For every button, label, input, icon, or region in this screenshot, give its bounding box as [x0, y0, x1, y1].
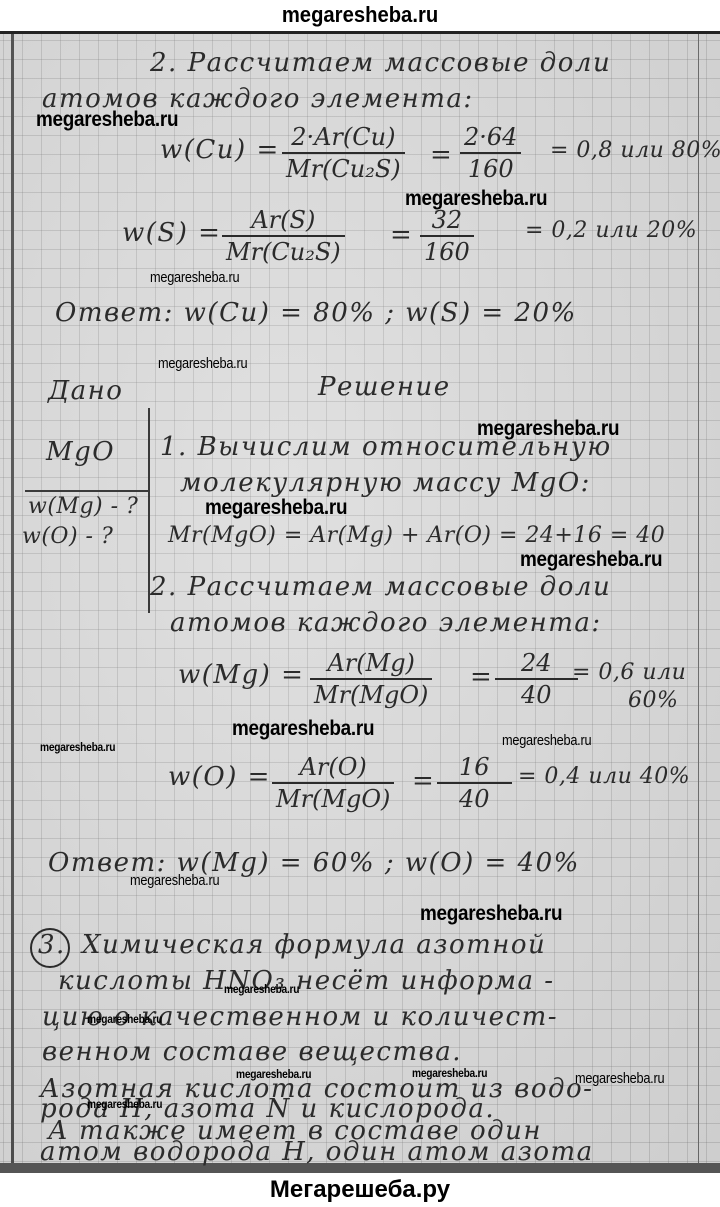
watermark: megaresheba.ru — [205, 496, 347, 520]
cu2s-answer: Ответ: w(Cu) = 80% ; w(S) = 20% — [55, 298, 577, 328]
w-s-result: = 0,2 или 20% — [525, 218, 697, 243]
watermark: megaresheba.ru — [40, 740, 115, 754]
watermark: megaresheba.ru — [575, 1070, 664, 1087]
w-s-lhs: w(S) = — [122, 218, 221, 248]
w-o-value-numerator: 16 — [437, 752, 512, 784]
w-cu-lhs: w(Cu) = — [160, 135, 280, 165]
equals-sign: = — [430, 140, 453, 170]
equals-sign: = — [390, 220, 413, 250]
w-o-value-fraction: 16 40 — [437, 752, 512, 814]
mgo-step2-line1: 2. Рассчитаем массовые доли — [150, 572, 611, 602]
given-horizontal-divider — [25, 490, 149, 492]
solution-header: Решение — [318, 372, 451, 402]
watermark: megaresheba.ru — [520, 548, 662, 572]
site-header-watermark: megaresheba.ru — [29, 0, 691, 31]
w-o-value-denominator: 40 — [437, 784, 512, 814]
w-cu-value-denominator: 160 — [460, 154, 521, 184]
watermark: megaresheba.ru — [158, 355, 247, 372]
right-margin-line — [698, 34, 699, 1163]
problem3-line: кислоты HNO₃ несёт информа - — [58, 966, 555, 996]
given-header: Дано — [48, 376, 123, 406]
w-cu-numerator: 2·Ar(Cu) — [282, 122, 405, 154]
watermark: megaresheba.ru — [36, 108, 178, 132]
w-mg-lhs: w(Mg) = — [178, 660, 304, 690]
mgo-step2-line2: атомов каждого элемента: — [170, 608, 602, 638]
w-mg-value-denominator: 40 — [495, 680, 578, 710]
w-o-numerator: Ar(O) — [272, 752, 394, 784]
mgo-answer: Ответ: w(Mg) = 60% ; w(O) = 40% — [48, 848, 580, 878]
w-s-numerator: Ar(S) — [222, 205, 345, 237]
watermark: megaresheba.ru — [87, 1097, 162, 1111]
w-mg-value-fraction: 24 40 — [495, 648, 578, 710]
watermark: megaresheba.ru — [420, 902, 562, 926]
w-cu-value-numerator: 2·64 — [460, 122, 521, 154]
mgo-step1-line2: молекулярную массу MgO: — [180, 468, 591, 498]
w-mg-value-numerator: 24 — [495, 648, 578, 680]
watermark: megaresheba.ru — [224, 982, 299, 996]
w-o-denominator: Mr(MgO) — [272, 784, 394, 814]
equals-sign: = — [470, 662, 493, 692]
watermark: megaresheba.ru — [477, 417, 619, 441]
w-o-result: = 0,4 или 40% — [518, 764, 690, 789]
equals-sign: = — [412, 766, 435, 796]
w-cu-fraction: 2·Ar(Cu) Mr(Cu₂S) — [282, 122, 405, 184]
w-mg-denominator: Mr(MgO) — [310, 680, 432, 710]
w-s-fraction: Ar(S) Mr(Cu₂S) — [222, 205, 345, 267]
watermark: megaresheba.ru — [87, 1012, 162, 1026]
problem3-line: венном составе вещества. — [42, 1037, 462, 1067]
w-cu-result: = 0,8 или 80% — [550, 138, 720, 163]
cu2s-step2-heading-line1: 2. Рассчитаем массовые доли — [150, 48, 611, 78]
watermark: megaresheba.ru — [412, 1066, 487, 1080]
watermark: megaresheba.ru — [405, 187, 547, 211]
left-margin-line — [11, 34, 14, 1163]
watermark: megaresheba.ru — [150, 269, 239, 286]
watermark: megaresheba.ru — [236, 1067, 311, 1081]
problem3-line: атом водорода H, один атом азота — [40, 1137, 594, 1167]
find-w-o: w(O) - ? — [22, 524, 113, 549]
w-cu-value-fraction: 2·64 160 — [460, 122, 521, 184]
find-w-mg: w(Mg) - ? — [28, 494, 138, 519]
w-s-denominator: Mr(Cu₂S) — [222, 237, 345, 267]
w-mg-result: = 0,6 или — [572, 660, 686, 685]
watermark: megaresheba.ru — [130, 872, 219, 889]
w-o-fraction: Ar(O) Mr(MgO) — [272, 752, 394, 814]
w-mg-numerator: Ar(Mg) — [310, 648, 432, 680]
watermark: megaresheba.ru — [502, 732, 591, 749]
w-mg-fraction: Ar(Mg) Mr(MgO) — [310, 648, 432, 710]
problem3-line: Химическая формула азотной — [82, 930, 546, 960]
mgo-mr-formula: Mr(MgO) = Ar(Mg) + Ar(O) = 24+16 = 40 — [168, 523, 665, 548]
w-s-value-fraction: 32 160 — [420, 205, 474, 267]
given-substance: MgO — [46, 437, 115, 467]
w-s-value-denominator: 160 — [420, 237, 474, 267]
site-footer-watermark: Мегарешеба.ру — [0, 1173, 720, 1207]
watermark: megaresheba.ru — [232, 717, 374, 741]
problem3-number: 3. — [38, 930, 66, 960]
w-cu-denominator: Mr(Cu₂S) — [282, 154, 405, 184]
w-o-lhs: w(O) = — [168, 762, 271, 792]
w-mg-result-percent: 60% — [628, 688, 678, 713]
